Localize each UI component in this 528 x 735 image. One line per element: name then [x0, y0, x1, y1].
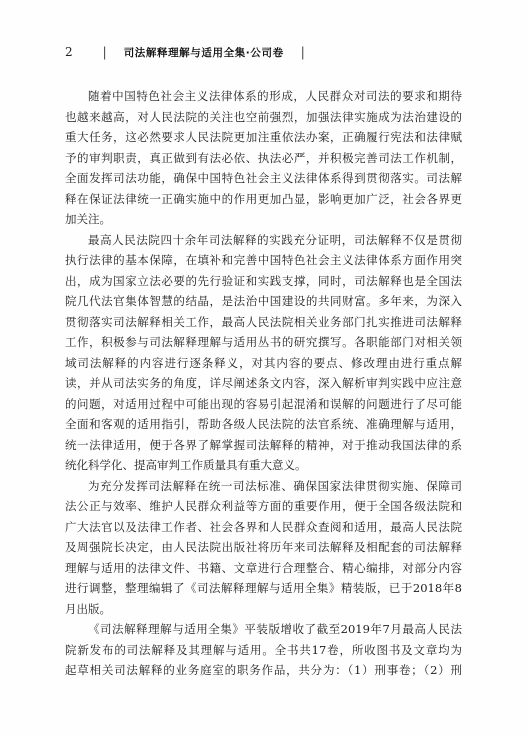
- text-line: 统一法律适用，便于各界了解掌握司法解释的精神，对于推动我国法律的系: [65, 435, 462, 456]
- text-line: 出，成为国家立法必要的先行验证和实践支撑，同时，司法解释也是全国法: [65, 271, 462, 292]
- text-line: 重大任务，这必然要求人民法院更加注重依法办案，正确履行宪法和法律赋: [65, 127, 462, 148]
- text-line: 《司法解释理解与适用全集》平装版增收了截至2019年7月最高人民法: [65, 619, 462, 640]
- text-line: 释在保证法律统一正确实施中的作用更加凸显，影响更加广泛，社会各界更: [65, 189, 462, 210]
- text-line: 贯彻落实司法解释相关工作，最高人民法院相关业务部门扎实推进司法解释: [65, 312, 462, 333]
- book-page: 2 | 司法解释理解与适用全集·公司卷 | 随着中国特色社会主义法律体系的形成，…: [0, 0, 528, 735]
- text-line: 全面和客观的适用指引，帮助各级人民法院的法官系统、准确理解与适用，: [65, 414, 462, 435]
- header-divider-left: |: [103, 44, 107, 59]
- text-line: 也越来越高，对人民法院的关注也空前强烈，加强法律实施成为法治建设的: [65, 107, 462, 128]
- page-number: 2: [65, 45, 73, 59]
- text-line: 院几代法官集体智慧的结晶，是法治中国建设的共同财富。多年来，为深入: [65, 291, 462, 312]
- text-line: 最高人民法院四十余年司法解释的实践充分证明，司法解释不仅是贯彻: [65, 230, 462, 251]
- text-line: 理解与适用的法律文件、书籍、文章进行合理整合、精心编排，对部分内容: [65, 558, 462, 579]
- text-line: 全面发挥司法功能，确保中国特色社会主义法律体系得到贯彻落实。司法解: [65, 168, 462, 189]
- running-header: 2 | 司法解释理解与适用全集·公司卷 |: [65, 44, 465, 60]
- text-line: 统化科学化、提高审判工作质量具有重大意义。: [65, 455, 462, 476]
- text-line: 广大法官以及法律工作者、社会各界和人民群众查阅和适用，最高人民法院: [65, 517, 462, 538]
- text-line: 及周强院长决定，由人民法院出版社将历年来司法解释及相配套的司法解释: [65, 537, 462, 558]
- text-line: 法公正与效率、维护人民群众利益等方面的重要作用，便于全国各级法院和: [65, 496, 462, 517]
- text-line: 执行法律的基本保障，在填补和完善中国特色社会主义法律体系方面作用突: [65, 250, 462, 271]
- text-line: 的问题，对适用过程中可能出现的容易引起混淆和误解的问题进行了尽可能: [65, 394, 462, 415]
- text-line: 域司法解释的内容进行逐条释义，对其内容的要点、修改理由进行重点解: [65, 353, 462, 374]
- text-line: 进行调整，整理编辑了《司法解释理解与适用全集》精装版，已于2018年8: [65, 578, 462, 599]
- page-body: 随着中国特色社会主义法律体系的形成，人民群众对司法的要求和期待也越来越高，对人民…: [65, 86, 462, 681]
- text-line: 读，并从司法实务的角度，详尽阐述条文内容，深入解析审判实践中应注意: [65, 373, 462, 394]
- text-line: 予的审判职责，真正做到有法必依、执法必严，并积极完善司法工作机制，: [65, 148, 462, 169]
- text-line: 工作，积极参与司法解释理解与适用丛书的研究撰写。各职能部门对相关领: [65, 332, 462, 353]
- text-line: 为充分发挥司法解释在统一司法标准、确保国家法律贯彻实施、保障司: [65, 476, 462, 497]
- running-head-title: 司法解释理解与适用全集·公司卷: [124, 45, 284, 60]
- header-divider-right: |: [301, 44, 305, 59]
- text-line: 加关注。: [65, 209, 462, 230]
- text-line: 起草相关司法解释的业务庭室的职务作品，共分为：（1）刑事卷；（2）刑: [65, 660, 462, 681]
- text-line: 院新发布的司法解释及其理解与适用。全书共17卷，所收图书及文章均为: [65, 640, 462, 661]
- text-line: 随着中国特色社会主义法律体系的形成，人民群众对司法的要求和期待: [65, 86, 462, 107]
- text-line: 月出版。: [65, 599, 462, 620]
